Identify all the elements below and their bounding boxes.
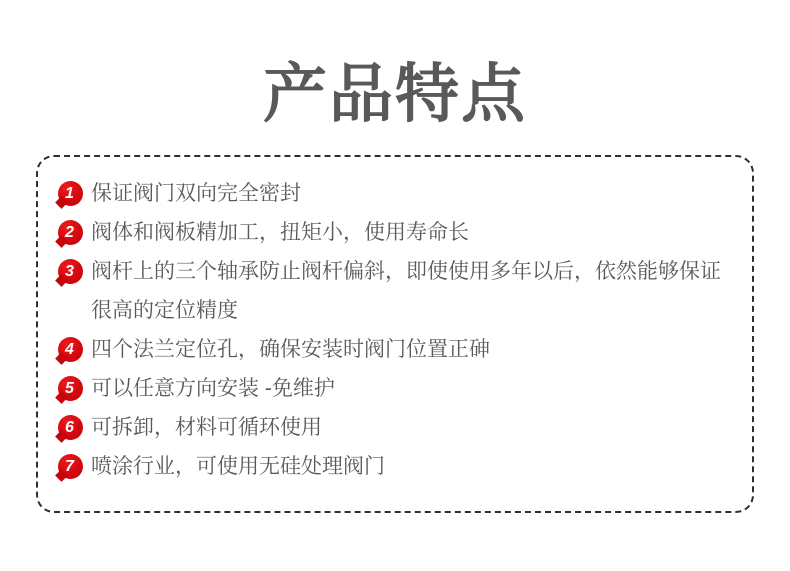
badge-number: 2 <box>65 225 74 241</box>
features-panel: 1 保证阀门双向完全密封 2 阀体和阀板精加工，扭矩小，使用寿命长 3 阀杆上的… <box>36 155 754 513</box>
badge-number: 7 <box>65 459 74 475</box>
feature-list-item: 6 可拆卸，材料可循环使用 <box>58 408 730 447</box>
badge-number: 4 <box>65 342 74 358</box>
numbered-badge-icon: 5 <box>58 376 83 401</box>
numbered-badge-icon: 6 <box>58 415 83 440</box>
feature-list-item: 2 阀体和阀板精加工，扭矩小，使用寿命长 <box>58 213 730 252</box>
feature-text: 阀体和阀板精加工，扭矩小，使用寿命长 <box>91 213 469 252</box>
feature-text: 喷涂行业，可使用无硅处理阀门 <box>91 447 385 486</box>
section-title: 产品特点 <box>0 0 790 136</box>
feature-text: 保证阀门双向完全密封 <box>91 174 301 213</box>
feature-text: 四个法兰定位孔，确保安装时阀门位置正砷 <box>91 330 490 369</box>
numbered-badge-icon: 7 <box>58 454 83 479</box>
feature-list-item: 1 保证阀门双向完全密封 <box>58 174 730 213</box>
numbered-badge-icon: 4 <box>58 337 83 362</box>
feature-list-item: 7 喷涂行业，可使用无硅处理阀门 <box>58 447 730 486</box>
product-features-section: 产品特点 1 保证阀门双向完全密封 2 阀体和阀板精加工，扭矩小，使用寿命长 3… <box>0 0 790 571</box>
feature-list-item: 5 可以任意方向安装 -免维护 <box>58 369 730 408</box>
numbered-badge-icon: 1 <box>58 181 83 206</box>
badge-number: 3 <box>65 264 74 280</box>
feature-text: 可以任意方向安装 -免维护 <box>91 369 335 408</box>
feature-text: 可拆卸，材料可循环使用 <box>91 408 322 447</box>
badge-number: 1 <box>65 186 74 202</box>
feature-list-item: 3 阀杆上的三个轴承防止阀杆偏斜，即使使用多年以后，依然能够保证很高的定位精度 <box>58 252 730 330</box>
feature-list-item: 4 四个法兰定位孔，确保安装时阀门位置正砷 <box>58 330 730 369</box>
feature-text: 阀杆上的三个轴承防止阀杆偏斜，即使使用多年以后，依然能够保证很高的定位精度 <box>91 252 723 330</box>
numbered-badge-icon: 2 <box>58 220 83 245</box>
badge-number: 5 <box>65 381 74 397</box>
numbered-badge-icon: 3 <box>58 259 83 284</box>
feature-list: 1 保证阀门双向完全密封 2 阀体和阀板精加工，扭矩小，使用寿命长 3 阀杆上的… <box>58 174 730 486</box>
badge-number: 6 <box>65 420 74 436</box>
